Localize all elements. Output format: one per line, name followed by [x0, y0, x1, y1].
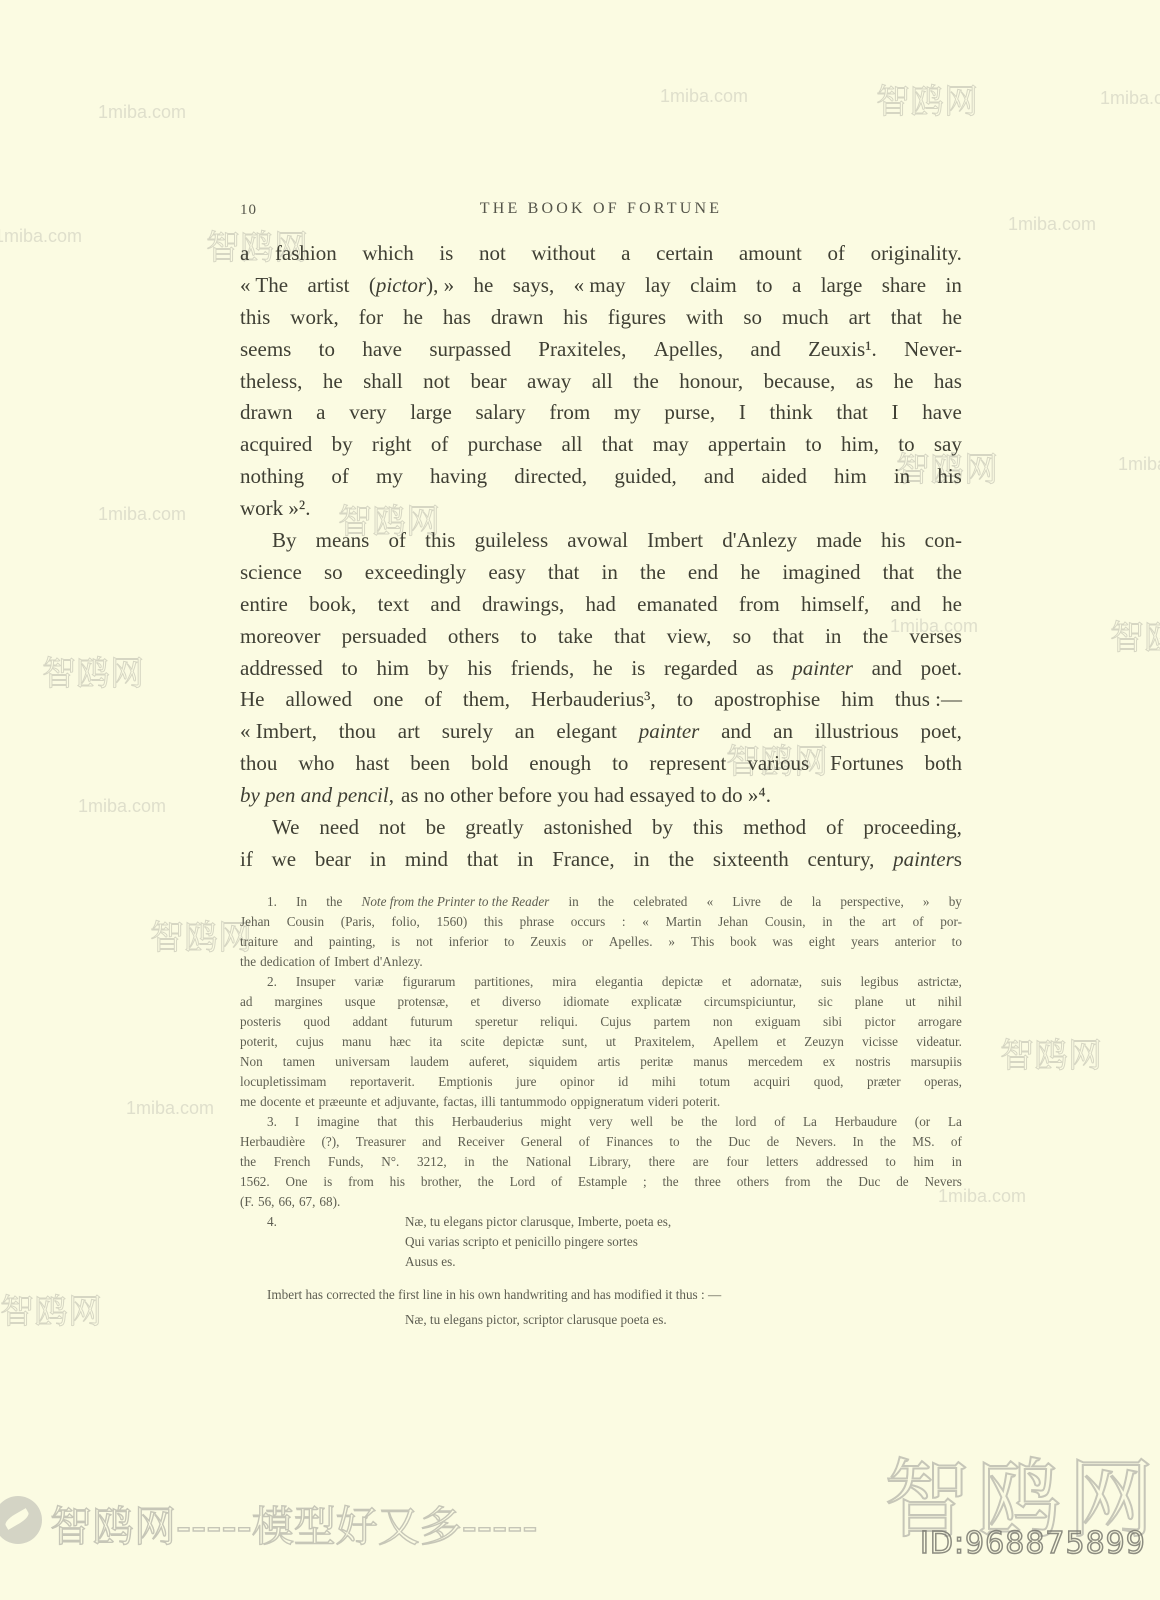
word: apostrophise: [714, 684, 820, 716]
word: he: [740, 557, 760, 589]
word: by: [332, 429, 353, 461]
word: and: [704, 461, 734, 493]
footnote-3: 3.IimaginethatthisHerbauderiusmightveryw…: [240, 1112, 962, 1212]
word: that: [772, 621, 804, 653]
watermark-site: 1miba.com: [1008, 214, 1096, 235]
word: he: [323, 366, 343, 398]
word: Praxiteles,: [538, 334, 626, 366]
footnote-4: 4. Næ, tu elegans pictor clarusque, Imbe…: [240, 1212, 962, 1278]
verse-line: Qui varias scripto et penicillo pingere …: [405, 1232, 671, 1252]
word: his: [467, 653, 492, 685]
footnote-line: thededicationofImbertd'Anlezy.: [240, 952, 962, 972]
footnote-line: poterit,cujusmanuhæcitascitedepictæsunt,…: [240, 1032, 962, 1052]
word: may: [653, 429, 689, 461]
text-line: by pen and pencil,as no other before you…: [240, 780, 962, 812]
word: emanated: [637, 589, 717, 621]
word: figures: [608, 302, 666, 334]
word: drawings,: [482, 589, 564, 621]
footnote-line: admarginesusqueprotensæ,etdiversoidiomat…: [240, 992, 962, 1012]
footnote-4-number: 4.: [267, 1212, 277, 1232]
word: he: [894, 366, 914, 398]
word: the: [640, 557, 666, 589]
word: guided,: [614, 461, 676, 493]
footnote-line: Nontamenuniversamlaudemauferet,siquidema…: [240, 1052, 962, 1072]
word: because,: [764, 366, 836, 398]
word: addressed: [240, 653, 323, 685]
word: and: [721, 716, 751, 748]
word: in: [633, 844, 649, 876]
word: Never-: [904, 334, 962, 366]
word: share: [882, 270, 926, 302]
latin-verse: Næ, tu elegans pictor clarusque, Imberte…: [405, 1212, 671, 1272]
word: very: [349, 397, 386, 429]
bird-logo-icon: [0, 1496, 42, 1544]
footnote-line: JehanCousin(Paris,folio,1560)thisphraseo…: [240, 912, 962, 932]
text-line: Weneednotbegreatlyastonishedbythismethod…: [240, 812, 962, 844]
word: him: [841, 684, 874, 716]
word: my: [614, 397, 641, 429]
word: himself,: [801, 589, 869, 621]
word: a: [240, 238, 249, 270]
word: exceedingly: [365, 557, 466, 589]
watermark-site: 1miba.com: [78, 796, 166, 817]
word: to: [677, 684, 693, 716]
word: a: [316, 397, 325, 429]
word: his: [881, 525, 906, 557]
watermark-site: 1miba.com: [126, 1098, 214, 1119]
word: mind: [405, 844, 448, 876]
word: and: [891, 589, 921, 621]
word: my: [376, 461, 403, 493]
word: that: [614, 621, 646, 653]
text-line: thiswork,forhehasdrawnhisfigureswithsomu…: [240, 302, 962, 334]
footnote-line: locupletissimamreportaverit.Emptionisjur…: [240, 1072, 962, 1092]
word: bear: [470, 366, 506, 398]
text-line: nothingofmyhavingdirected,guided,andaide…: [240, 461, 962, 493]
word: drawn: [240, 397, 292, 429]
word: and: [750, 334, 780, 366]
word: that: [883, 557, 915, 589]
word: large: [410, 397, 452, 429]
word: painter: [639, 716, 700, 748]
watermark-brand-large: 智鸥网: [884, 1430, 1160, 1554]
word: him: [834, 461, 867, 493]
word: as: [756, 653, 774, 685]
word: nothing: [240, 461, 304, 493]
text-line: Heallowedoneofthem,Herbauderius³,toapost…: [240, 684, 962, 716]
running-title: THE BOOK OF FORTUNE: [240, 200, 962, 218]
word: this: [240, 302, 270, 334]
word: end: [688, 557, 718, 589]
footnote-line: posterisquodaddantfuturumspereturreliqui…: [240, 1012, 962, 1032]
word: work,: [290, 302, 338, 334]
word: painters: [893, 844, 962, 876]
footnote-line: 1562.Oneisfromhisbrother,theLordofEstamp…: [240, 1172, 962, 1192]
footnote-line: theFrenchFunds,N°.3212,intheNationalLibr…: [240, 1152, 962, 1172]
word: he: [942, 302, 962, 334]
word: illustrious: [815, 716, 899, 748]
word: that: [836, 397, 868, 429]
word: all: [562, 429, 583, 461]
footnote-1: 1.IntheNote from the Printer to the Read…: [240, 892, 962, 972]
word: and: [872, 653, 902, 685]
word: says,: [513, 270, 554, 302]
word: avowal: [567, 525, 628, 557]
word: amount: [739, 238, 802, 270]
word: d'Anlezy: [722, 525, 797, 557]
word: in: [517, 844, 533, 876]
text-line: afashionwhichisnotwithoutacertainamounto…: [240, 238, 962, 270]
word: have: [362, 334, 402, 366]
word: surpassed: [429, 334, 511, 366]
text-line: drawnaverylargesalaryfrommypurse,Ithinkt…: [240, 397, 962, 429]
word: the: [863, 621, 889, 653]
word: poet.: [921, 653, 962, 685]
watermark-site: 1miba.com: [1100, 88, 1160, 109]
word: lay: [645, 270, 671, 302]
word: text: [378, 589, 410, 621]
word: from: [549, 397, 590, 429]
word: appertain: [708, 429, 786, 461]
word: salary: [475, 397, 525, 429]
word: is: [439, 238, 453, 270]
word: has: [443, 302, 471, 334]
word: so: [733, 621, 752, 653]
word: directed,: [514, 461, 587, 493]
word: by: [652, 812, 673, 844]
watermark-site: 1miba.com: [98, 102, 186, 123]
word: this: [693, 812, 723, 844]
text-line: seemstohavesurpassedPraxiteles,Apelles,a…: [240, 334, 962, 366]
word: century,: [807, 844, 874, 876]
footnote-line: Herbaudière(?),TreasurerandReceiverGener…: [240, 1132, 962, 1152]
word: bear: [315, 844, 351, 876]
word: from: [739, 589, 780, 621]
word: purchase: [468, 429, 543, 461]
word: which: [362, 238, 413, 270]
word: honour,: [679, 366, 743, 398]
watermark-brand: 智鸥网: [1000, 1028, 1102, 1077]
word: He: [240, 684, 265, 716]
word: of: [331, 461, 349, 493]
word: so: [324, 557, 343, 589]
word: drawn: [491, 302, 543, 334]
word: entire: [240, 589, 288, 621]
word: a: [792, 270, 801, 302]
word: represent: [649, 748, 726, 780]
word: both: [925, 748, 962, 780]
word: aided: [761, 461, 806, 493]
word: view,: [667, 621, 712, 653]
word: shall: [363, 366, 403, 398]
word: that: [602, 429, 634, 461]
word: we: [272, 844, 297, 876]
word: of: [388, 525, 406, 557]
word: Fortunes: [830, 748, 904, 780]
word: « Imbert,: [240, 716, 317, 748]
verse-line: Ausus es.: [405, 1252, 671, 1272]
word: originality.: [871, 238, 962, 270]
word: Zeuxis¹.: [808, 334, 877, 366]
word: having: [430, 461, 487, 493]
word: for: [359, 302, 384, 334]
word: proceeding,: [863, 812, 962, 844]
word: take: [558, 621, 593, 653]
word: moreover: [240, 621, 320, 653]
word: astonished: [543, 812, 632, 844]
word: « may: [574, 270, 626, 302]
watermark-site: 1miba.com: [98, 504, 186, 525]
word: « The: [240, 270, 288, 302]
corrected-verse: Næ, tu elegans pictor, scriptor clarusqu…: [240, 1308, 962, 1332]
word: I: [892, 397, 899, 429]
word: without: [531, 238, 595, 270]
word: think: [770, 397, 813, 429]
word: by pen and pencil,: [240, 780, 394, 812]
word: purse,: [664, 397, 715, 429]
word: in: [370, 844, 386, 876]
word: an: [515, 716, 535, 748]
word: to: [520, 621, 536, 653]
word: Imbert: [647, 525, 703, 557]
word: seems: [240, 334, 291, 366]
word: persuaded: [342, 621, 427, 653]
word: all: [592, 366, 613, 398]
word: say: [934, 429, 962, 461]
word: acquired: [240, 429, 312, 461]
word: so: [743, 302, 762, 334]
word: work »².: [240, 493, 310, 525]
word: enough: [529, 748, 591, 780]
word: them,: [463, 684, 510, 716]
word: guileless: [475, 525, 549, 557]
text-line: BymeansofthisguilelessavowalImbertd'Anle…: [240, 525, 962, 557]
word: who: [298, 748, 334, 780]
watermark-site: 1miba.com: [1118, 454, 1160, 475]
word: an: [773, 716, 793, 748]
word: Herbauderius³,: [531, 684, 656, 716]
word: We: [272, 812, 299, 844]
word: easy: [488, 557, 525, 589]
word: sixteenth: [713, 844, 789, 876]
word: art: [849, 302, 871, 334]
word: him,: [841, 429, 879, 461]
word: certain: [656, 238, 713, 270]
word: bold: [471, 748, 508, 780]
text-line: ifwebearinmindthatinFrance,inthesixteent…: [240, 844, 962, 876]
word: in: [894, 461, 910, 493]
text-line: « Imbert,thouartsurelyanelegantpainteran…: [240, 716, 962, 748]
word: theless,: [240, 366, 302, 398]
word: thus :—: [895, 684, 962, 716]
word: of: [431, 429, 449, 461]
word: that: [467, 844, 499, 876]
footnotes: 1.IntheNote from the Printer to the Read…: [240, 892, 962, 1332]
word: his: [937, 461, 962, 493]
word: the: [633, 366, 659, 398]
word: he: [403, 302, 423, 334]
word: Apelles,: [654, 334, 723, 366]
word: him: [376, 653, 409, 685]
word: not: [423, 366, 450, 398]
word: thou: [339, 716, 376, 748]
watermark-site: 1miba.com: [660, 86, 748, 107]
word: art: [398, 716, 420, 748]
footnote-line: 1.IntheNote from the Printer to the Read…: [240, 892, 962, 912]
word: surely: [442, 716, 493, 748]
word: con-: [925, 525, 962, 557]
word: friends,: [511, 653, 575, 685]
footnote-line: medocenteetpræeunteetadjuvante,factas,il…: [240, 1092, 962, 1112]
watermark-brand: 智鸥网: [42, 646, 144, 695]
word: elegant: [556, 716, 617, 748]
text-line: sciencesoexceedinglyeasythatintheendheim…: [240, 557, 962, 589]
word: and: [430, 589, 460, 621]
word: thou: [240, 748, 277, 780]
watermark-site: 1miba.com: [0, 226, 82, 247]
word: not: [479, 238, 506, 270]
word: large: [821, 270, 863, 302]
verse-line: Næ, tu elegans pictor clarusque, Imberte…: [405, 1212, 671, 1232]
footnote-line: 2.Insupervariæfigurarumpartitiones,mirae…: [240, 972, 962, 992]
word: in: [825, 621, 841, 653]
word: of: [826, 812, 844, 844]
word: to: [756, 270, 772, 302]
word: artist: [307, 270, 349, 302]
word: allowed: [286, 684, 352, 716]
word: imagined: [782, 557, 860, 589]
word: a: [621, 238, 630, 270]
word: the: [668, 844, 694, 876]
word: France,: [552, 844, 614, 876]
word: to: [805, 429, 821, 461]
word: regarded: [664, 653, 737, 685]
word: need: [319, 812, 359, 844]
text-line: addressedtohimbyhisfriends,heisregardeda…: [240, 653, 962, 685]
word: not: [379, 812, 406, 844]
footnote-line: (F.56,66,67,68).: [240, 1192, 962, 1212]
word: his: [563, 302, 588, 334]
word: with: [686, 302, 723, 334]
word: to: [341, 653, 357, 685]
word: of: [827, 238, 845, 270]
word: in: [602, 557, 618, 589]
word: I: [739, 397, 746, 429]
word: been: [410, 748, 450, 780]
word: has: [934, 366, 962, 398]
footnote-line: traitureandpainting,isnotinferiortoZeuxi…: [240, 932, 962, 952]
text-line: thouwhohastbeenboldenoughtorepresentvari…: [240, 748, 962, 780]
word: of: [424, 684, 442, 716]
word: the: [936, 557, 962, 589]
word: be: [426, 812, 446, 844]
word: others: [448, 621, 499, 653]
word: to: [319, 334, 335, 366]
body-text: afashionwhichisnotwithoutacertainamounto…: [240, 238, 962, 876]
text-line: « Theartist(pictor), »hesays,« maylaycla…: [240, 270, 962, 302]
text-line: theless,heshallnotbearawayallthehonour,b…: [240, 366, 962, 398]
word: science: [240, 557, 302, 589]
word: to: [898, 429, 914, 461]
word: right: [372, 429, 412, 461]
word: is: [631, 653, 645, 685]
word: painter: [792, 653, 853, 685]
word: means: [316, 525, 370, 557]
word: claim: [690, 270, 737, 302]
word: have: [922, 397, 962, 429]
text-line: moreoverpersuadedotherstotakethatview,so…: [240, 621, 962, 653]
text-line: work »².: [240, 493, 962, 525]
book-page: 1miba.com 1miba.com 智鸥网 1miba.com 1miba.…: [0, 0, 1160, 1600]
word: one: [373, 684, 403, 716]
watermark-id: ID:968875899: [920, 1526, 1146, 1561]
text-line: entirebook,textanddrawings,hademanatedfr…: [240, 589, 962, 621]
word: greatly: [465, 812, 523, 844]
word: made: [816, 525, 861, 557]
word: much: [782, 302, 829, 334]
word: by: [428, 653, 449, 685]
word: away: [527, 366, 571, 398]
word: in: [946, 270, 962, 302]
word: verses: [909, 621, 961, 653]
watermark-slogan: 智鸥网-----模型好又多-----: [50, 1494, 538, 1554]
word: to: [612, 748, 628, 780]
word: that: [548, 557, 580, 589]
word: he: [593, 653, 613, 685]
text-line: acquiredbyrightofpurchaseallthatmayapper…: [240, 429, 962, 461]
word: as: [856, 366, 874, 398]
watermark-brand: 智鸥网: [150, 910, 252, 959]
watermark-brand: 智鸥网: [1110, 610, 1160, 659]
word: if: [240, 844, 253, 876]
word: he: [474, 270, 494, 302]
word: (pictor), »: [369, 270, 454, 302]
watermark-brand: 智鸥网: [876, 74, 978, 123]
word: poet,: [920, 716, 961, 748]
word: had: [586, 589, 616, 621]
word: as no other before you had essayed to do…: [401, 780, 771, 812]
word: method: [743, 812, 806, 844]
word: he: [942, 589, 962, 621]
word: that: [891, 302, 923, 334]
watermark-brand: 智鸥网: [0, 1284, 102, 1333]
word: By: [272, 525, 297, 557]
word: hast: [355, 748, 389, 780]
footnote-line: 3.IimaginethatthisHerbauderiusmightveryw…: [240, 1112, 962, 1132]
correction-intro: Imbert has corrected the first line in h…: [240, 1282, 962, 1308]
footnote-2: 2.Insupervariæfigurarumpartitiones,mirae…: [240, 972, 962, 1112]
running-head: 10 THE BOOK OF FORTUNE: [240, 200, 962, 224]
word: various: [747, 748, 809, 780]
word: book,: [309, 589, 356, 621]
word: this: [425, 525, 455, 557]
word: fashion: [275, 238, 337, 270]
